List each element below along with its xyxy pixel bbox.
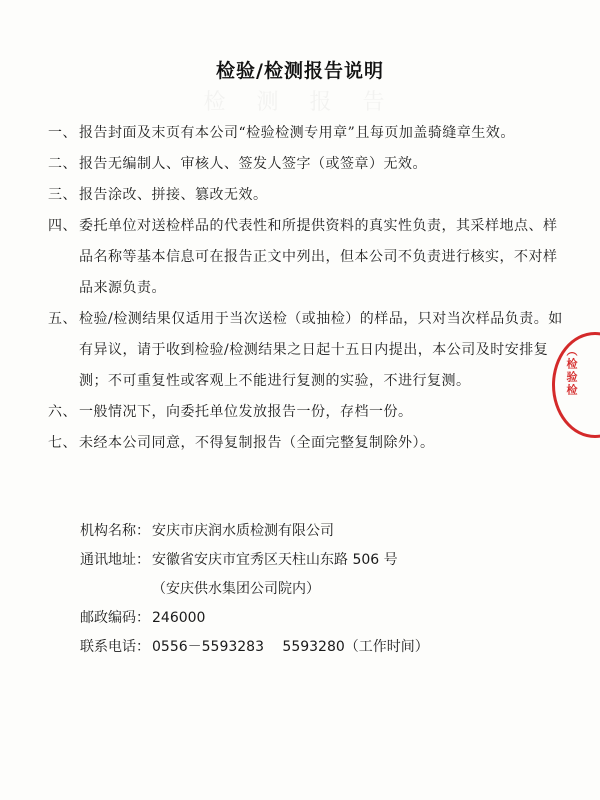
clause-list: 一、 报告封面及末页有本公司“检验检测专用章”且每页加盖骑缝章生效。 二、 报告… (48, 118, 568, 459)
document-page: 检 测 报 告 检验/检测报告说明 一、 报告封面及末页有本公司“检验检测专用章… (0, 0, 600, 800)
clause-text: 未经本公司同意，不得复制报告（全面完整复制除外）。 (79, 428, 568, 459)
clause-number: 一、 (48, 118, 79, 149)
clause-text: 一般情况下，向委托单位发放报告一份，存档一份。 (79, 397, 568, 428)
clause-item: 五、 检验/检测结果仅适用于当次送检（或抽检）的样品，只对当次样品负责。如有异议… (48, 304, 568, 397)
clause-text: 委托单位对送检样品的代表性和所提供资料的真实性负责，其采样地点、样品名称等基本信… (79, 211, 568, 304)
clause-item: 一、 报告封面及末页有本公司“检验检测专用章”且每页加盖骑缝章生效。 (48, 118, 568, 149)
clause-number: 五、 (48, 304, 79, 397)
seal-text: （检验检 (563, 345, 579, 397)
address-value-2: （安庆供水集团公司院内） (152, 575, 520, 604)
clause-number: 七、 (48, 428, 79, 459)
org-name-label: 机构名称： (80, 517, 152, 546)
clause-number: 四、 (48, 211, 79, 304)
phone-row: 联系电话： 0556－5593283 5593280（工作时间） (80, 633, 520, 662)
org-name-value: 安庆市庆润水质检测有限公司 (152, 517, 520, 546)
phone-label: 联系电话： (80, 633, 152, 662)
address-value: 安徽省安庆市宜秀区天柱山东路 506 号 (152, 546, 520, 575)
show-through-text: 检 测 报 告 (0, 85, 600, 116)
address-row-continued: 通讯地址： （安庆供水集团公司院内） (80, 575, 520, 604)
clause-item: 七、 未经本公司同意，不得复制报告（全面完整复制除外）。 (48, 428, 568, 459)
contact-info: 机构名称： 安庆市庆润水质检测有限公司 通讯地址： 安徽省安庆市宜秀区天柱山东路… (80, 517, 520, 662)
phone-value: 0556－5593283 5593280（工作时间） (152, 633, 520, 662)
clause-number: 六、 (48, 397, 79, 428)
clause-text: 报告无编制人、审核人、签发人签字（或签章）无效。 (79, 149, 568, 180)
postcode-label: 邮政编码： (80, 604, 152, 633)
clause-text: 报告涂改、拼接、篡改无效。 (79, 180, 568, 211)
clause-number: 三、 (48, 180, 79, 211)
clause-item: 四、 委托单位对送检样品的代表性和所提供资料的真实性负责，其采样地点、样品名称等… (48, 211, 568, 304)
postcode-row: 邮政编码： 246000 (80, 604, 520, 633)
page-title: 检验/检测报告说明 (0, 56, 600, 83)
clause-number: 二、 (48, 149, 79, 180)
clause-item: 二、 报告无编制人、审核人、签发人签字（或签章）无效。 (48, 149, 568, 180)
clause-item: 三、 报告涂改、拼接、篡改无效。 (48, 180, 568, 211)
postcode-value: 246000 (152, 604, 520, 633)
clause-text: 报告封面及末页有本公司“检验检测专用章”且每页加盖骑缝章生效。 (79, 118, 568, 149)
clause-text: 检验/检测结果仅适用于当次送检（或抽检）的样品，只对当次样品负责。如有异议，请于… (79, 304, 568, 397)
address-label: 通讯地址： (80, 546, 152, 575)
clause-item: 六、 一般情况下，向委托单位发放报告一份，存档一份。 (48, 397, 568, 428)
org-name-row: 机构名称： 安庆市庆润水质检测有限公司 (80, 517, 520, 546)
address-row: 通讯地址： 安徽省安庆市宜秀区天柱山东路 506 号 (80, 546, 520, 575)
